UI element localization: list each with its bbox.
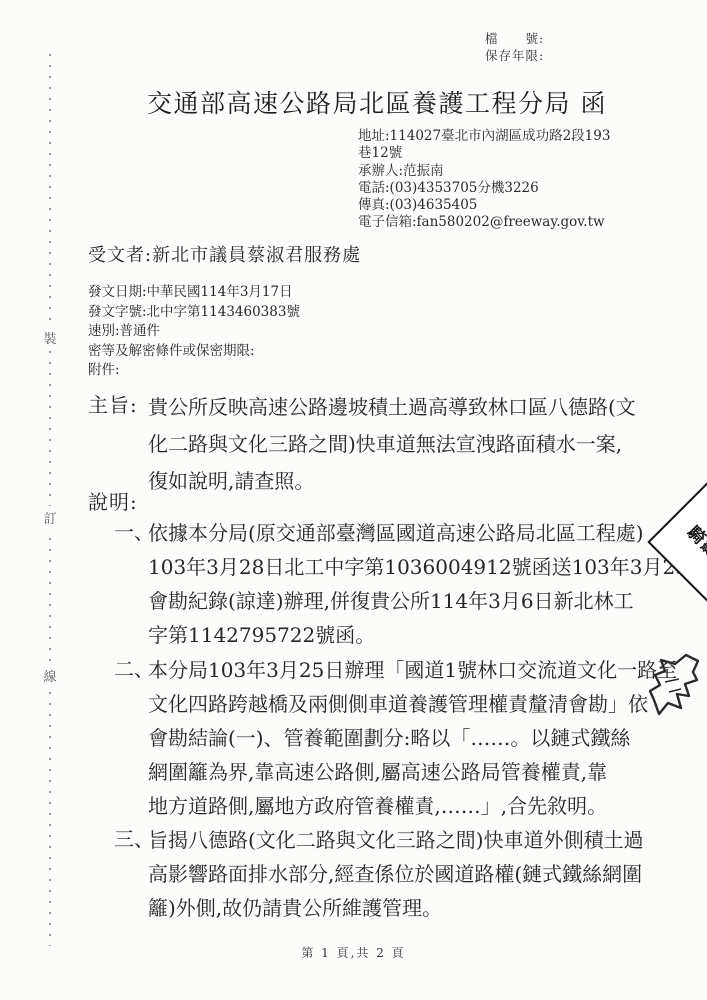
scanned-official-letter-page: 裝 訂 線 檔 號: 保存年限: 交通部高速公路局北區養護工程分局 函 地址:1… [0,0,707,1000]
issue-date-line: 發文日期:中華民國114年3月17日 [88,283,300,303]
item-1-text: 依據本分局(原交通部臺灣區國道高速公路局北區工程處) 103年3月28日北工中字… [148,516,707,652]
item-1-line-1: 依據本分局(原交通部臺灣區國道高速公路局北區工程處) [148,516,707,550]
partial-stamp-mark [648,652,703,722]
file-number-label: 檔 號: [485,30,544,47]
item-2-line-4: 網圍籬為界,靠高速公路側,屬高速公路局管養權責,靠 [148,755,677,789]
sender-phone: 電話:(03)4353705分機3226 [358,180,610,197]
item-2-text: 本分局103年3月25日辦理「國道1號林口交流道文化一路至 文化四路跨越橋及兩側… [148,653,677,823]
item-2-line-2: 文化四路跨越橋及兩側側車道養護管理權責釐清會勘」依 [148,687,677,721]
item-2-line-5: 地方道路側,屬地方政府管養權責,……」,合先敘明。 [148,789,677,823]
item-3-line-3: 籬)外側,故仍請貴公所維護管理。 [148,891,644,925]
speed-class-line: 速別:普通件 [88,322,300,342]
seam-stamp-text-row-2: 騎縫章 [683,523,707,577]
binding-mark-xian: 線 [41,664,59,687]
item-2-line-1: 本分局103年3月25日辦理「國道1號林口交流道文化一路至 [148,653,677,687]
item-3-line-1: 旨揭八德路(文化二路與文化三路之間)快車道外側積土過 [148,823,644,857]
sender-email: 電子信箱:fan580202@freeway.gov.tw [358,214,610,231]
subject-line-3: 復如說明,請查照。 [148,463,636,500]
item-1-line-3: 會勘紀錄(諒達)辦理,併復貴公所114年3月6日新北林工 [148,584,707,618]
retention-period-label: 保存年限: [485,47,544,64]
sender-info-block: 地址:114027臺北市內湖區成功路2段193 巷12號 承辦人:范振南 電話:… [358,128,610,232]
attachment-line: 附件: [88,361,300,381]
document-title: 交通部高速公路局北區養護工程分局 函 [147,84,607,120]
sender-contact-person: 承辦人:范振南 [358,163,610,180]
description-heading: 說明: [88,486,138,515]
sender-address: 地址:114027臺北市內湖區成功路2段193 [358,128,610,145]
subject-line-2: 化二路與文化三路之間)快車道無法宣洩路面積水一案, [148,426,636,463]
recipient-line: 受文者:新北市議員蔡淑君服務處 [88,241,361,267]
item-1-line-2: 103年3月28日北工中字第1036004912號函送103年3月25日 [148,550,707,584]
security-class-line: 密等及解密條件或保密期限: [88,342,300,362]
document-meta-block: 發文日期:中華民國114年3月17日 發文字號:北中字第1143460383號 … [88,283,300,381]
sender-fax: 傳真:(03)4635405 [358,197,610,214]
subject-label: 主旨: [88,389,138,418]
item-3-line-2: 高影響路面排水部分,經查係位於國道路權(鏈式鐵絲網圍 [148,857,644,891]
subject-text: 貴公所反映高速公路邊坡積土過高導致林口區八德路(文 化二路與文化三路之間)快車道… [148,389,636,500]
binding-dotted-line [49,54,51,946]
binding-mark-ding: 訂 [41,506,59,529]
item-1-line-4: 字第1142795722號函。 [148,618,707,652]
binding-mark-zhuang: 裝 [41,326,59,349]
archival-label-block: 檔 號: 保存年限: [485,30,544,64]
issue-number-line: 發文字號:北中字第1143460383號 [88,303,300,323]
sender-address-continued: 巷12號 [358,145,610,162]
subject-line-1: 貴公所反映高速公路邊坡積土過高導致林口區八德路(文 [148,389,636,426]
item-3-text: 旨揭八德路(文化二路與文化三路之間)快車道外側積土過 高影響路面排水部分,經查係… [148,823,644,925]
item-2-line-3: 會勘結論(一)、管養範圍劃分:略以「……。以鏈式鐵絲 [148,721,677,755]
page-number-footer: 第 1 頁,共 2 頁 [0,944,707,961]
